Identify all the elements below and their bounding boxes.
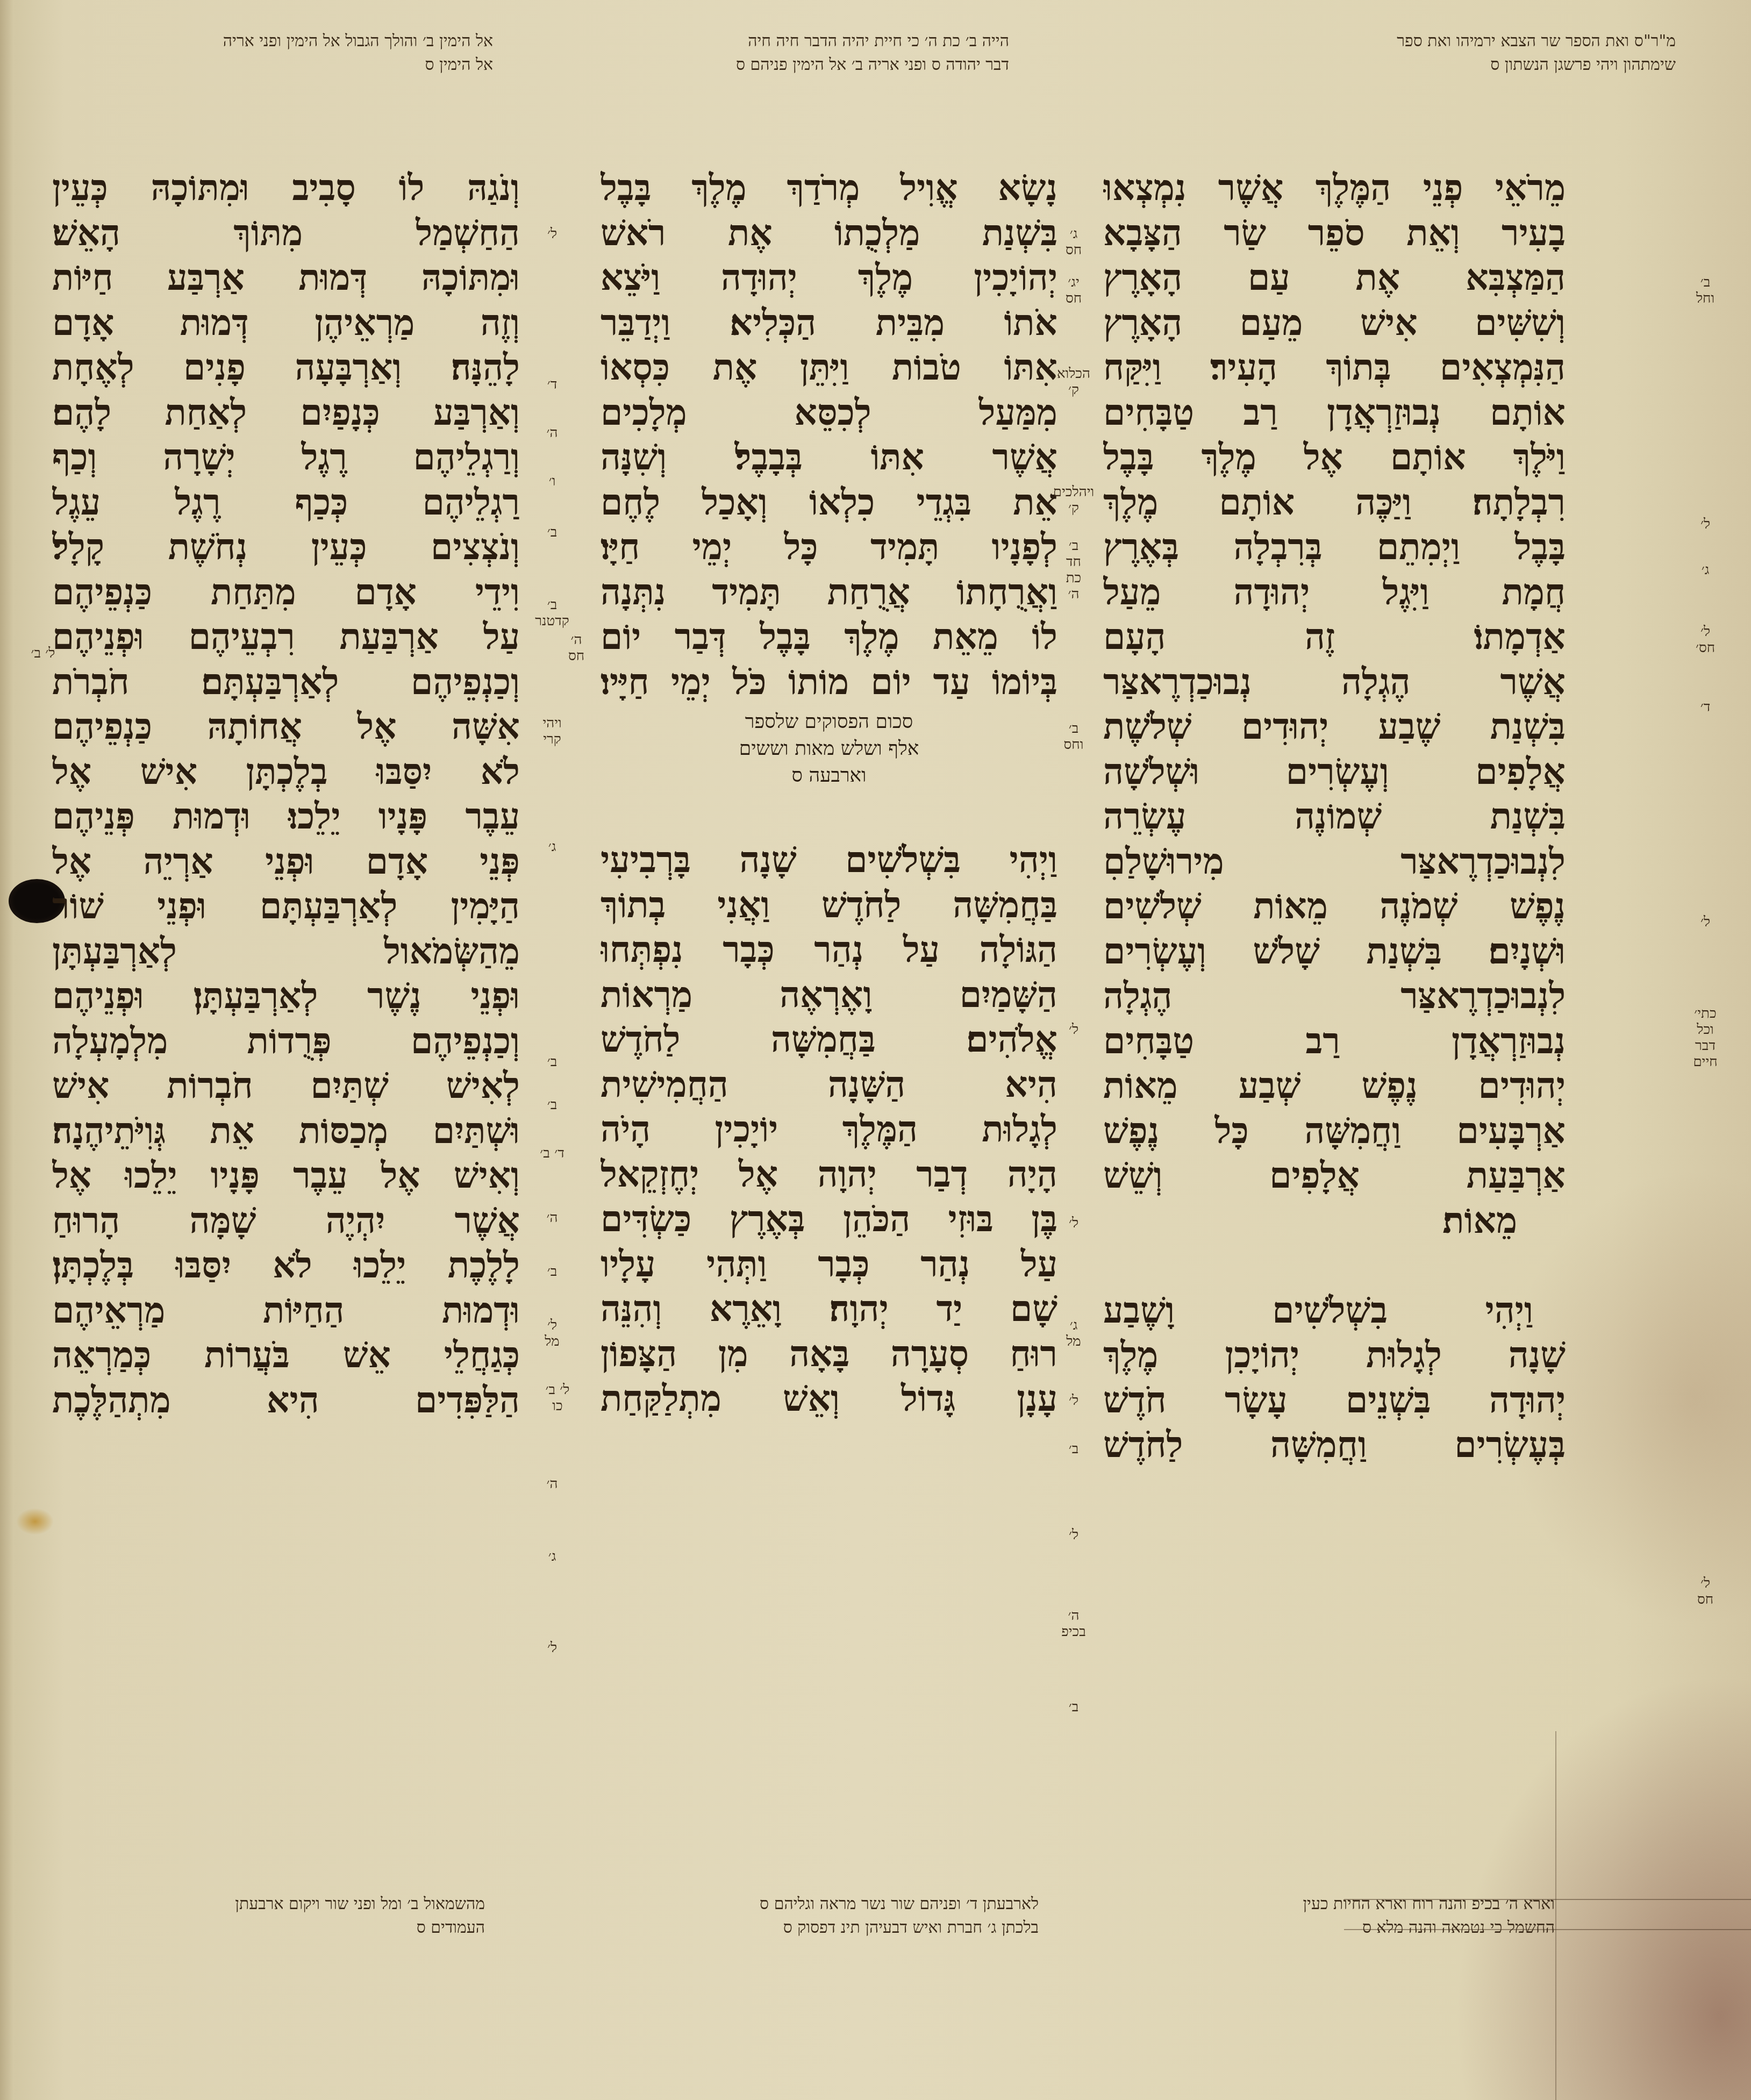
text-line: מִמַּעַל לְכִסֵּא מְלָכִים [601, 390, 1057, 435]
masorah-line: דבר יהודה ס ופני אריה ב׳ אל הימין פניהם … [736, 53, 1009, 77]
text-line: וַיְהִי בִּשְׁלֹשִׁים שָׁנָה בָּרְבִיעִי [601, 838, 1057, 883]
text-line: וַיְהִי בִשְׁלֹשִׁים וָשֶׁבַע [1103, 1288, 1566, 1333]
masorah-note: ד׳ [528, 376, 576, 392]
text-line: הַשָּׁמַיִם וָאֶרְאֶה מַרְאוֹת [601, 973, 1057, 1018]
text-line: וְכַנְפֵיהֶם לְאַרְבַּעְתָּם׃ חֹבְרֹת [52, 660, 520, 705]
text-column-left: וְנֹגַהּ לוֹ סָבִיב וּמִתּוֹכָהּ כְּעֵין… [52, 166, 520, 1423]
text-line: לִנְבוּכַדְרֶאצַּר הֶגְלָה [1103, 974, 1566, 1019]
text-line: מֵהַשְּׂמֹאול לְאַרְבַּעְתָּן [52, 929, 520, 974]
masorah-note: ל׳ חס [1681, 1575, 1729, 1608]
text-line: וְזֶה מַרְאֵיהֶן דְּמוּת אָדָם [52, 301, 520, 346]
masorah-line: החשמל כי נטמאה והנה מלא ס [1303, 1916, 1555, 1940]
text-line: בַּחֲמִשָּׁה לַחֹדֶשׁ וַאֲנִי בְתוֹךְ [601, 883, 1057, 928]
bottom-masorah-center: לארבעתן ד׳ ופניהם שור נשר מראה וגליהם ס … [760, 1892, 1039, 1940]
masorah-note: הכלוא ק׳ [1044, 366, 1103, 398]
text-line: לוֹ מֵאֵת מֶלֶךְ בָּבֶל דְּבַר יוֹם [601, 615, 1057, 660]
masorah-note: ב׳ קדטנר [523, 597, 582, 629]
book-colophon: סכום הפסוקים שלספר אלף ושלש מאות וששים ו… [601, 709, 1057, 789]
masorah-note: ל׳ [1049, 1527, 1098, 1543]
text-line: חֲמָת וַיִּגֶל יְהוּדָה מֵעַל [1103, 570, 1566, 615]
text-line: אַרְבָּעִים וַחֲמִשָּׁה כָּל נֶפֶשׁ [1103, 1109, 1566, 1154]
text-line: אֲשֶׁר יִהְיֶה שָׁמָּה הָרוּחַ [52, 1198, 520, 1244]
text-line: הִיא הַשָּׁנָה הַחֲמִישִׁית [601, 1062, 1057, 1108]
masorah-line: מ"ר"ס ואת הספר שר הצבא ירמיהו ואת ספר [1397, 30, 1676, 53]
section-break [1103, 1243, 1566, 1288]
masorah-note: ג׳ [528, 839, 576, 855]
colophon-line: וארבעה ס [601, 762, 1057, 789]
text-line: לָלֶכֶת יֵלֵכוּ לֹא יִסַּבּוּ בְּלֶכְתָּ… [52, 1243, 520, 1288]
masorah-note: ל׳ [528, 1640, 576, 1656]
text-line: בָּבֶל וַיְמִתֵם בְּרִבְלָה בְּאֶרֶץ [1103, 525, 1566, 570]
masorah-note: ה׳ [528, 425, 576, 441]
manuscript-page: מ"ר"ס ואת הספר שר הצבא ירמיהו ואת ספר שי… [0, 0, 1751, 2100]
bottom-masorah-right: וארא ה׳ בכיפ והנה רוח וארא החיות כעין הח… [1303, 1892, 1555, 1940]
masorah-note: ב׳ [528, 1054, 576, 1070]
text-line: הַיָּמִין לְאַרְבַּעְתָּם וּפְנֵי שׁוֹר [52, 884, 520, 929]
masorah-note: ל׳ חס׳ [1681, 624, 1729, 656]
text-line: עַל אַרְבַּעַת רִבְעֵיהֶם וּפְנֵיהֶם [52, 615, 520, 660]
text-line: אַרְבַּעַת אֲלָפִים וְשֵׁשׁ [1103, 1153, 1566, 1198]
top-masorah-left: אל הימין ב׳ והולך הגבול אל הימין ופני אר… [223, 30, 493, 77]
text-line: בָעִיר וְאֵת סֹפֵר שַׂר הַצָּבָא [1103, 211, 1566, 256]
masorah-note: ויהלכים ק׳ [1044, 484, 1103, 516]
text-line: אֹתוֹ מִבֵּית הַכְּלִיא׃ וַיְדַבֵּר [601, 301, 1057, 346]
masorah-line: העמודים ס [235, 1916, 485, 1940]
text-line: הַחַשְׁמַל מִתּוֹךְ הָאֵשׁ׃ [52, 211, 520, 256]
text-line: בִּשְׁנַת שֶׁבַע יְהוּדִים שְׁלֹשֶׁת [1103, 704, 1566, 749]
text-line: הַמַּצְבִּא אֶת עַם הָאָרֶץ [1103, 255, 1566, 301]
masorah-note: ב׳ וחס [1049, 720, 1098, 753]
masorah-note: ג׳ מל [1049, 1317, 1098, 1349]
text-line: אֲשֶׁר הֶגְלָה נְבוּכַדְרֶאצַּר [1103, 660, 1566, 705]
text-line: נְבוּזַרְאֲדָן רַב טַבָּחִים [1103, 1019, 1566, 1064]
text-line: אֱלֹהִים׃ בַּחֲמִשָּׁה לַחֹדֶשׁ [601, 1017, 1057, 1062]
masorah-note: ד׳ ב׳ [528, 1145, 576, 1161]
text-column-right: מֵרֹאֵי פְנֵי הַמֶּלֶךְ אֲשֶׁר נִמְצְאוּ… [1103, 166, 1566, 1468]
text-line: שָׁם יַד יְהוָה׃ וָאֵרֶא וְהִנֵּה [601, 1287, 1057, 1332]
text-line: לֹא יִסַּבּוּ בְלֶכְתָּן אִישׁ אֶל [52, 749, 520, 795]
text-line: בְּעֶשְׂרִים וַחֲמִשָּׁה לַחֹדֶשׁ [1103, 1423, 1566, 1468]
text-line: וּדְמוּת הַחַיּוֹת מַרְאֵיהֶם [52, 1288, 520, 1333]
text-line: פְּנֵי אָדָם וּפְנֵי אַרְיֵה אֶל [52, 839, 520, 884]
text-line: הַנִּמְצְאִים בְּתוֹךְ הָעִיר׃ וַיִּקַּח [1103, 345, 1566, 390]
text-line: רִבְלָתָה׃ וַיַּכֶּה אוֹתָם מֶלֶךְ [1103, 480, 1566, 525]
text-line: הַלַּפִּדִים הִיא מִתְהַלֶּכֶת [52, 1378, 520, 1423]
masorah-note: ה׳ [528, 1210, 576, 1226]
text-line: רַגְלֵיהֶם כְּכַף רֶגֶל עֵגֶל [52, 480, 520, 525]
text-line: וְרַגְלֵיהֶם רֶגֶל יְשָׁרָה וְכַף [52, 435, 520, 480]
masorah-note: ה׳ חס [560, 632, 592, 664]
text-line: לְפָנָיו תָּמִיד כָּל יְמֵי חַיָּו׃ [601, 525, 1057, 570]
masorah-line: לארבעתן ד׳ ופניהם שור נשר מראה וגליהם ס [760, 1892, 1039, 1916]
masorah-note: ב׳ [528, 524, 576, 540]
masorah-note: ב׳ וחל [1681, 274, 1729, 306]
masorah-note: ד׳ [1681, 699, 1729, 715]
text-line: בֶּן בּוּזִי הַכֹּהֵן בְּאֶרֶץ כַּשְׂדִּ… [601, 1197, 1057, 1242]
text-line: וּשְׁתַּיִם מְכַסּוֹת אֵת גְּוִיֹּתֵיהֶנ… [52, 1109, 520, 1154]
text-line: בְּיוֹמוֹ עַד יוֹם מוֹתוֹ כֹּל יְמֵי חַי… [601, 660, 1057, 705]
wax-stain [16, 1508, 54, 1535]
text-line: עָנָן גָּדוֹל וְאֵשׁ מִתְלַקַּחַת [601, 1376, 1057, 1422]
text-line: נָשָׂא אֱוִיל מְרֹדַךְ מֶלֶךְ בָּבֶל [601, 166, 1057, 211]
text-line: אֲשֶׁר אִתּוֹ בְּבָבֶל׃ וְשִׁנָּה [601, 435, 1057, 480]
text-line: בִּשְׁנַת מַלְכֻתוֹ אֶת רֹאשׁ [601, 211, 1057, 256]
masorah-note: ב׳ [1049, 1441, 1098, 1457]
text-line: עֵבֶר פָּנָיו יֵלֵכוּ׃ וּדְמוּת פְּנֵיהֶ… [52, 794, 520, 839]
masorah-line: וארא ה׳ בכיפ והנה רוח וארא החיות כעין [1303, 1892, 1555, 1916]
masorah-note: ג׳ חס [1049, 226, 1098, 258]
text-line: אוֹתָם נְבוּזַרְאֲדָן רַב טַבָּחִים [1103, 390, 1566, 435]
masorah-note: ה׳ [528, 1476, 576, 1492]
text-line: מֵאוֹת׃ [1103, 1198, 1566, 1244]
text-line: רוּחַ סְעָרָה בָּאָה מִן הַצָּפוֹן [601, 1332, 1057, 1377]
colophon-line: אלף ושלש מאות וששים [601, 735, 1057, 762]
masorah-note: ל׳ [1049, 1022, 1098, 1038]
text-line: וּפְנֵי נֶשֶׁר לְאַרְבַּעְתָּן׃ וּפְנֵיה… [52, 974, 520, 1019]
text-line: וְשִׁשִּׁים אִישׁ מֵעַם הָאָרֶץ [1103, 301, 1566, 346]
text-line: שָׁנָה לְגָלוּת יְהוֹיָכִן מֶלֶךְ [1103, 1333, 1566, 1378]
text-line: יְהוֹיָכִין מֶלֶךְ יְהוּדָה וַיֹּצֵא [601, 255, 1057, 301]
text-line: עַל נְהַר כְּבָר וַתְּהִי עָלָיו [601, 1242, 1057, 1287]
text-line: אִשָּׁה אֶל אֲחוֹתָהּ כַּנְפֵיהֶם [52, 704, 520, 749]
masorah-line: הייה ב׳ כת ה׳ כי חיית יהיה הדבר חיה חיה [736, 30, 1009, 53]
bottom-masorah-left: מהשמאול ב׳ ומל ופני שור ויקום ארבעתן העמ… [235, 1892, 485, 1940]
masorah-note: ויהי קרי [528, 715, 576, 747]
binding-gutter [0, 0, 14, 2100]
text-line: אֵת בִּגְדֵי כִלְאוֹ וְאָכַל לֶחֶם [601, 480, 1057, 525]
masorah-line: מהשמאול ב׳ ומל ופני שור ויקום ארבעתן [235, 1892, 485, 1916]
text-line: וְאַרְבַּע כְּנָפַיִם לְאַחַת לָהֶם׃ [52, 390, 520, 435]
masorah-note: ג׳ [528, 1548, 576, 1565]
masorah-note: ל׳ [1049, 1215, 1098, 1231]
text-line: מֵרֹאֵי פְנֵי הַמֶּלֶךְ אֲשֶׁר נִמְצְאוּ [1103, 166, 1566, 211]
text-line: וּמִתּוֹכָהּ דְּמוּת אַרְבַּע חַיּוֹת [52, 255, 520, 301]
text-line: כְּגַחֲלֵי אֵשׁ בֹּעֲרוֹת כְּמַרְאֵה [52, 1333, 520, 1378]
text-line: אַדְמָתוֹ׃ זֶה הָעָם [1103, 615, 1566, 660]
masorah-line: אל הימין ס [223, 53, 493, 77]
masorah-note: ו׳ [528, 473, 576, 489]
text-line: הַגּוֹלָה עַל נְהַר כְּבָר נִפְתְּחוּ [601, 927, 1057, 973]
masorah-note: כתי׳ וכל דבר חיים [1681, 1005, 1729, 1070]
colophon-line: סכום הפסוקים שלספר [601, 709, 1057, 735]
masorah-note: ב׳ [528, 1263, 576, 1280]
masorah-note: ב׳ [528, 1097, 576, 1113]
text-line: אֲלָפִים וְעֶשְׂרִים וּשְׁלֹשָׁה [1103, 749, 1566, 795]
text-line: וִידֵי אָדָם מִתַּחַת כַּנְפֵיהֶם [52, 570, 520, 615]
text-line: לָהֵנָּה׃ וְאַרְבָּעָה פָנִים לְאֶחָת [52, 345, 520, 390]
text-line: יְהוּדִים נֶפֶשׁ שְׁבַע מֵאוֹת [1103, 1063, 1566, 1109]
top-masorah-right: מ"ר"ס ואת הספר שר הצבא ירמיהו ואת ספר שי… [1397, 30, 1676, 77]
masorah-note: ה׳ בכיפ [1049, 1608, 1098, 1640]
text-line: לִנְבוּכַדְרֶאצַּר מִירוּשָׁלַםִ [1103, 839, 1566, 884]
masorah-note: יג׳ חס [1049, 274, 1098, 306]
text-line: וַאֲרֻחָתוֹ אֲרֻחַת תָּמִיד נִתְּנָה [601, 570, 1057, 615]
ruling-line [1555, 1731, 1556, 2100]
text-line: לְגָלוּת הַמֶּלֶךְ יוֹיָכִין הָיֹה [601, 1107, 1057, 1152]
text-line: לְאִישׁ שְׁתַּיִם חֹבְרוֹת אִישׁ [52, 1063, 520, 1109]
masorah-line: אל הימין ב׳ והולך הגבול אל הימין ופני אר… [223, 30, 493, 53]
masorah-note: ל׳ [1049, 1392, 1098, 1409]
masorah-note: ב׳ חד כת ה׳ [1049, 538, 1098, 602]
masorah-note: ל׳ [528, 226, 576, 242]
text-line: וַיֹּלֶךְ אוֹתָם אֶל מֶלֶךְ בָּבֶל [1103, 435, 1566, 480]
text-line: יְהוּדָה בִּשְׁנֵים עָשָׂר חֹדֶשׁ [1103, 1378, 1566, 1423]
masorah-note: ל׳ ב׳ [22, 645, 65, 661]
masorah-note: ל׳ [1681, 516, 1729, 532]
text-line: וְכַנְפֵיהֶם פְּרֻדוֹת מִלְמָעְלָה [52, 1019, 520, 1064]
masorah-note: ל׳ [1681, 914, 1729, 930]
text-line: וּשְׁנָיִם׃ בִּשְׁנַת שָׁלֹשׁ וְעֶשְׂרִי… [1103, 929, 1566, 974]
text-line: וְנֹצְצִים כְּעֵין נְחֹשֶׁת קָלָל׃ [52, 525, 520, 570]
masorah-line: שימתהון ויהי פרשגן הנשתון ס [1397, 53, 1676, 77]
text-line: נֶפֶשׁ שְׁמֹנֶה מֵאוֹת שְׁלֹשִׁים [1103, 884, 1566, 929]
text-line: וְאִישׁ אֶל עֵבֶר פָּנָיו יֵלֵכוּ אֶל [52, 1153, 520, 1198]
text-line: בִּשְׁנַת שְׁמוֹנֶה עֶשְׂרֵה [1103, 794, 1566, 839]
masorah-note: ב׳ [1049, 1699, 1098, 1715]
masorah-note: ל׳ ב׳ כו [528, 1382, 587, 1414]
top-masorah-center: הייה ב׳ כת ה׳ כי חיית יהיה הדבר חיה חיה … [736, 30, 1009, 77]
masorah-line: בלכתן ג׳ חברת ואיש דבעיהן תינ דפסוק ס [760, 1916, 1039, 1940]
text-column-center: נָשָׂא אֱוִיל מְרֹדַךְ מֶלֶךְ בָּבֶל בִּ… [601, 166, 1057, 1422]
text-line: הָיָה דְבַר יְהוָה אֶל יְחֶזְקֵאל [601, 1152, 1057, 1197]
text-line: וְנֹגַהּ לוֹ סָבִיב וּמִתּוֹכָהּ כְּעֵין [52, 166, 520, 211]
masorah-note: ל׳ מל [528, 1317, 576, 1349]
text-line: אִתּוֹ טֹבוֹת וַיִּתֵּן אֶת כִּסְאוֹ [601, 345, 1057, 390]
masorah-note: ג׳ [1681, 562, 1729, 578]
